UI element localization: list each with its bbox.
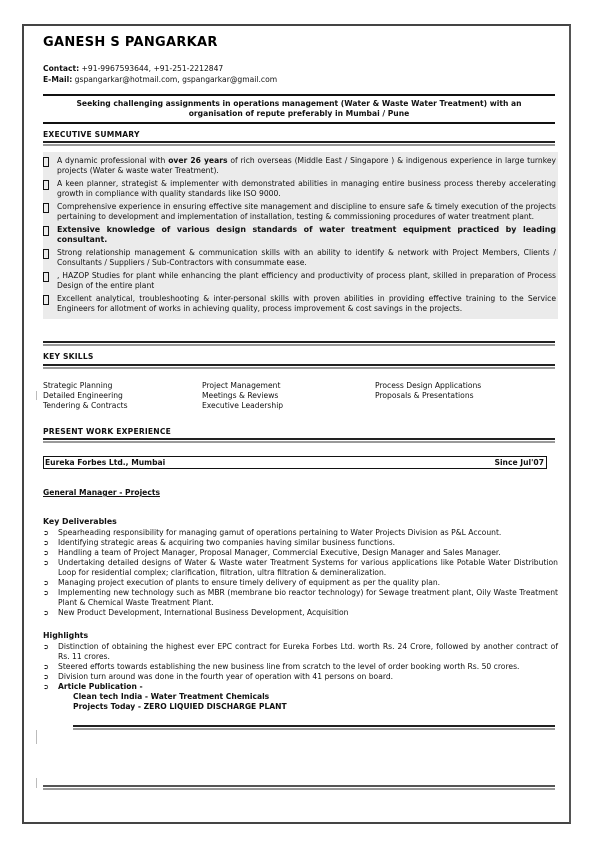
square-bullet-icon bbox=[43, 156, 57, 176]
key-deliverables-list: ➲Spearheading responsibility for managin… bbox=[43, 528, 558, 618]
skill-item: Project Management bbox=[202, 381, 283, 391]
highlights-list: ➲Distinction of obtaining the highest ev… bbox=[43, 642, 558, 712]
list-item: ➲Steered efforts towards establishing th… bbox=[43, 662, 558, 672]
square-bullet-glyph bbox=[43, 203, 49, 213]
square-bullet-icon bbox=[43, 225, 57, 245]
skill-item: Executive Leadership bbox=[202, 401, 283, 411]
company-name: Eureka Forbes Ltd., Mumbai bbox=[45, 457, 165, 468]
summary-item: Strong relationship management & communi… bbox=[43, 248, 558, 268]
square-bullet-icon bbox=[43, 202, 57, 222]
skill-item: Tendering & Contracts bbox=[43, 401, 128, 411]
summary-item-text: Strong relationship management & communi… bbox=[57, 248, 556, 268]
skills-column-3: Process Design ApplicationsProposals & P… bbox=[375, 381, 481, 401]
list-item: ➲Handling a team of Project Manager, Pro… bbox=[43, 548, 558, 558]
executive-summary-rule bbox=[43, 141, 555, 146]
arrow-bullet-icon: ➲ bbox=[43, 548, 58, 558]
list-item: ➲Managing project execution of plants to… bbox=[43, 578, 558, 588]
work-experience-title: PRESENT WORK EXPERIENCE bbox=[43, 427, 171, 436]
contact-line: Contact: +91-9967593644, +91-251-2212847 bbox=[43, 64, 277, 75]
skill-item: Detailed Engineering bbox=[43, 391, 128, 401]
square-bullet-icon bbox=[43, 271, 57, 291]
key-deliverables-title: Key Deliverables bbox=[43, 517, 117, 526]
contact-block: Contact: +91-9967593644, +91-251-2212847… bbox=[43, 64, 277, 85]
key-skills-title: KEY SKILLS bbox=[43, 352, 94, 361]
square-bullet-icon bbox=[43, 248, 57, 268]
contact-label: Contact: bbox=[43, 64, 79, 73]
summary-item-text: Excellent analytical, troubleshooting & … bbox=[57, 294, 556, 314]
list-item: ➲Identifying strategic areas & acquiring… bbox=[43, 538, 558, 548]
summary-item: Comprehensive experience in ensuring eff… bbox=[43, 202, 558, 222]
list-item: ➲Implementing new technology such as MBR… bbox=[43, 588, 558, 608]
skill-item: Process Design Applications bbox=[375, 381, 481, 391]
list-item-text: Division turn around was done in the fou… bbox=[58, 672, 558, 682]
summary-end-rule bbox=[43, 341, 555, 346]
highlights-title: Highlights bbox=[43, 631, 88, 640]
list-item-text: Handling a team of Project Manager, Prop… bbox=[58, 548, 558, 558]
key-skills-rule bbox=[43, 364, 555, 369]
summary-item-text: , HAZOP Studies for plant while enhancin… bbox=[57, 271, 556, 291]
summary-text-plain: Excellent analytical, troubleshooting & … bbox=[57, 294, 556, 313]
summary-text-bold: Extensive knowledge of various design st… bbox=[57, 225, 556, 244]
list-item: ➲Undertaking detailed designs of Water &… bbox=[43, 558, 558, 578]
objective-bottom-rule bbox=[43, 122, 555, 124]
arrow-bullet-icon: ➲ bbox=[43, 662, 58, 672]
article-entry: Clean tech India - Water Treatment Chemi… bbox=[43, 692, 558, 702]
employment-period: Since Jul'07 bbox=[494, 457, 544, 468]
page-bottom-rule bbox=[43, 785, 555, 790]
summary-item-text: Comprehensive experience in ensuring eff… bbox=[57, 202, 556, 222]
job-role: General Manager - Projects bbox=[43, 488, 160, 497]
list-item: ➲New Product Development, International … bbox=[43, 608, 558, 618]
summary-item: Extensive knowledge of various design st… bbox=[43, 225, 558, 245]
square-bullet-glyph bbox=[43, 295, 49, 305]
article-publication-item: ➲Article Publication - bbox=[43, 682, 558, 692]
list-item: ➲Division turn around was done in the fo… bbox=[43, 672, 558, 682]
list-item-text: Spearheading responsibility for managing… bbox=[58, 528, 558, 538]
company-row: Eureka Forbes Ltd., Mumbai Since Jul'07 bbox=[43, 456, 547, 469]
arrow-bullet-icon: ➲ bbox=[43, 672, 58, 682]
arrow-bullet-icon: ➲ bbox=[43, 682, 58, 692]
summary-item-text: A dynamic professional with over 26 year… bbox=[57, 156, 556, 176]
candidate-name: GANESH S PANGARKAR bbox=[43, 35, 218, 50]
square-bullet-icon bbox=[43, 179, 57, 199]
summary-text-plain: , HAZOP Studies for plant while enhancin… bbox=[57, 271, 556, 290]
arrow-bullet-icon: ➲ bbox=[43, 538, 58, 548]
list-item-text: Implementing new technology such as MBR … bbox=[58, 588, 558, 608]
skill-item: Meetings & Reviews bbox=[202, 391, 283, 401]
objective-line-1: Seeking challenging assignments in opera… bbox=[43, 99, 555, 109]
article-publication-title: Article Publication - bbox=[58, 682, 558, 692]
arrow-bullet-icon: ➲ bbox=[43, 528, 58, 538]
summary-item: A dynamic professional with over 26 year… bbox=[43, 156, 558, 176]
work-experience-rule bbox=[43, 438, 555, 443]
list-item-text: Identifying strategic areas & acquiring … bbox=[58, 538, 558, 548]
arrow-bullet-icon: ➲ bbox=[43, 588, 58, 608]
email-value[interactable]: gspangarkar@hotmail.com, gspangarkar@gma… bbox=[72, 75, 277, 84]
arrow-bullet-icon: ➲ bbox=[43, 558, 58, 578]
summary-item: , HAZOP Studies for plant while enhancin… bbox=[43, 271, 558, 291]
summary-text-plain: Strong relationship management & communi… bbox=[57, 248, 556, 267]
summary-text-plain: A dynamic professional with bbox=[57, 156, 168, 165]
skill-item: Proposals & Presentations bbox=[375, 391, 481, 401]
executive-summary-list: A dynamic professional with over 26 year… bbox=[43, 152, 558, 319]
square-bullet-glyph bbox=[43, 157, 49, 167]
summary-item: A keen planner, strategist & implementer… bbox=[43, 179, 558, 199]
list-item-text: Managing project execution of plants to … bbox=[58, 578, 558, 588]
skills-column-1: Strategic PlanningDetailed EngineeringTe… bbox=[43, 381, 128, 411]
text-cursor-mark bbox=[36, 391, 37, 400]
square-bullet-glyph bbox=[43, 249, 49, 259]
list-item: ➲Distinction of obtaining the highest ev… bbox=[43, 642, 558, 662]
list-item-text: New Product Development, International B… bbox=[58, 608, 558, 618]
contact-phone: +91-9967593644, +91-251-2212847 bbox=[79, 64, 223, 73]
executive-summary-title: EXECUTIVE SUMMARY bbox=[43, 130, 140, 139]
email-label: E-Mail: bbox=[43, 75, 72, 84]
arrow-bullet-icon: ➲ bbox=[43, 608, 58, 618]
text-cursor-mark-2 bbox=[36, 730, 37, 744]
summary-text-plain: Comprehensive experience in ensuring eff… bbox=[57, 202, 556, 221]
list-item-text: Distinction of obtaining the highest eve… bbox=[58, 642, 558, 662]
square-bullet-glyph bbox=[43, 272, 49, 282]
arrow-bullet-icon: ➲ bbox=[43, 578, 58, 588]
article-entry: Projects Today - ZERO LIQUIED DISCHARGE … bbox=[43, 702, 558, 712]
square-bullet-glyph bbox=[43, 180, 49, 190]
summary-text-plain: A keen planner, strategist & implementer… bbox=[57, 179, 556, 198]
square-bullet-glyph bbox=[43, 226, 49, 236]
list-item-text: Steered efforts towards establishing the… bbox=[58, 662, 558, 672]
list-item: ➲Spearheading responsibility for managin… bbox=[43, 528, 558, 538]
summary-text-bold: over 26 years bbox=[168, 156, 227, 165]
arrow-bullet-icon: ➲ bbox=[43, 642, 58, 662]
objective-block: Seeking challenging assignments in opera… bbox=[43, 94, 555, 124]
article-end-rule bbox=[73, 725, 555, 730]
skills-column-2: Project ManagementMeetings & ReviewsExec… bbox=[202, 381, 283, 411]
summary-item-text: A keen planner, strategist & implementer… bbox=[57, 179, 556, 199]
summary-item: Excellent analytical, troubleshooting & … bbox=[43, 294, 558, 314]
objective-text: Seeking challenging assignments in opera… bbox=[43, 96, 555, 122]
skill-item: Strategic Planning bbox=[43, 381, 128, 391]
list-item-text: Undertaking detailed designs of Water & … bbox=[58, 558, 558, 578]
summary-item-text: Extensive knowledge of various design st… bbox=[57, 225, 556, 245]
text-cursor-mark-3 bbox=[36, 778, 37, 788]
email-line: E-Mail: gspangarkar@hotmail.com, gspanga… bbox=[43, 75, 277, 86]
objective-line-2: organisation of repute preferably in Mum… bbox=[43, 109, 555, 119]
square-bullet-icon bbox=[43, 294, 57, 314]
